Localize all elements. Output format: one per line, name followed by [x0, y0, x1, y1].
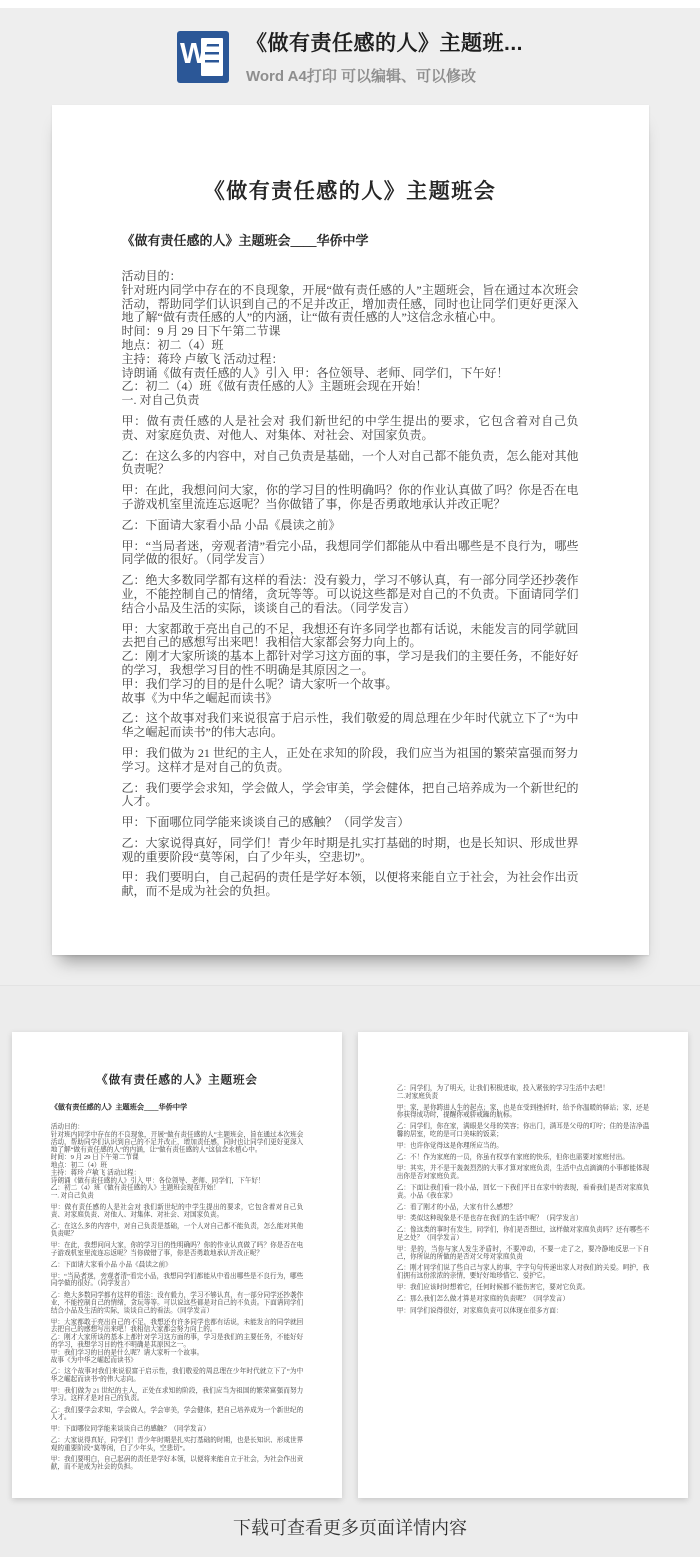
doc-paragraph: 乙：大家说得真好，同学们！青少年时期是扎实打基础的时期，也是长知识、形成世界观的… [122, 837, 579, 865]
thumb-page-1: 《做有责任感的人》主题班会 《做有责任感的人》主题班会____华侨中学 活动目的… [12, 1032, 342, 1498]
doc-paragraph: 针对班内同学中存在的不良现象，开展“做有责任感的人”主题班会，旨在通过本次班会活… [51, 1131, 304, 1154]
doc-paragraph: 甲：我们做为 21 世纪的主人，正处在求知的阶段，我们应当为祖国的繁荣富强而努力… [122, 747, 579, 775]
doc-paragraph: 地点：初二（4）班 [122, 339, 579, 353]
doc-paragraph: 乙：刚才大家所谈的基本上都针对学习这方面的事，学习是我们的主要任务，不能好好的学… [51, 1333, 304, 1348]
doc-paragraph: 乙：下面请大家看小品 小品《晨读之前》 [51, 1261, 304, 1269]
download-hint: 下载可查看更多页面详情内容 [0, 1514, 700, 1540]
doc-paragraph: 主持：蒋玲 卢敏飞 活动过程： [122, 353, 579, 367]
doc-paragraph: 乙：这个故事对我们来说很富于启示性，我们敬爱的周总理在少年时代就立下了“为中华之… [122, 712, 579, 740]
doc-paragraph: 甲：我们做为 21 世纪的主人，正处在求知的阶段，我们应当为祖国的繁荣富强而努力… [51, 1387, 304, 1402]
doc-paragraph: 乙：不！作为家庭的一员，你虽有权享有家庭的快乐，但你也需要对家庭付出。 [397, 1153, 650, 1161]
thumb-page1-subtitle: 《做有责任感的人》主题班会____华侨中学 [51, 1101, 304, 1112]
thumbnail-page-1[interactable]: 《做有责任感的人》主题班会 《做有责任感的人》主题班会____华侨中学 活动目的… [12, 1032, 342, 1498]
header-text: 《做有责任感的人》主题班... Word A4打印 可以编辑、可以修改 [246, 27, 523, 86]
doc-paragraph: 甲：“当局者迷，旁观者清”看完小品，我想同学们都能从中看出哪些是不良行为，哪些同… [51, 1272, 304, 1287]
document-page-1-preview[interactable]: 《做有责任感的人》主题班会 《做有责任感的人》主题班会____华侨中学 活动目的… [52, 105, 649, 955]
doc-paragraph: 乙：下面请大家看小品 小品《晨读之前》 [122, 519, 579, 533]
doc-paragraph: 乙：在这么多的内容中，对自己负责是基础，一个人对自己都不能负责，怎么能对其他负责… [122, 450, 579, 478]
thumb-page-2: 乙：同学们，为了明天，让我们积极进取，投入紧张的学习生活中去吧！二.对家庭负责甲… [358, 1032, 688, 1498]
doc-paragraph: 甲：在此，我想问问大家，你的学习目的性明确吗？你的作业认真做了吗？你是否在电子游… [122, 484, 579, 512]
thumb-page1-body: 活动目的：针对班内同学中存在的不良现象，开展“做有责任感的人”主题班会，旨在通过… [51, 1123, 304, 1471]
doc-paragraph: 甲：做有责任感的人是社会对 我们新世纪的中学生提出的要求，它包含着对自己负责、对… [122, 415, 579, 443]
word-file-icon: W [177, 31, 229, 83]
doc-paragraph: 甲：家，是你跨进人生的起点；家，也是在受到挫折时，给予你温暖的驿站；家，还是你获… [397, 1104, 650, 1119]
doc-paragraph: 乙：像这类的事时有发生，同学们，你们是否想过，这样做对家庭负责吗？还有哪些不足之… [397, 1226, 650, 1241]
document-title: 《做有责任感的人》主题班... [246, 27, 523, 57]
doc-paragraph: 乙：我们要学会求知，学会做人，学会审美，学会健体，把自己培养成为一个新世纪的 人… [51, 1406, 304, 1421]
doc-paragraph: 甲：我们要明白，自己起码的责任是学好本领，以便将来能自立于社会，为社会作出贡献，… [51, 1456, 304, 1471]
doc-paragraph: 一. 对自己负责 [122, 394, 579, 408]
doc-paragraph: 乙：下面让我们看一段小品，回忆一下我们平日在家中的表现，看看我们是否对家庭负责。… [397, 1184, 650, 1199]
doc-paragraph: 故事《为中华之崛起而读书》 [122, 692, 579, 706]
doc-paragraph: 乙：这个故事对我们来说很富于启示性，我们敬爱的周总理在少年时代就立下了“为中华之… [51, 1368, 304, 1383]
doc-paragraph: 针对班内同学中存在的不良现象，开展“做有责任感的人”主题班会，旨在通过本次班会活… [122, 284, 579, 325]
doc-paragraph: 甲：下面哪位同学能来谈谈自己的感触？（同学发言） [122, 816, 579, 830]
doc-paragraph: 甲：我们要明白，自己起码的责任是学好本领，以便将来能自立于社会，为社会作出贡献，… [122, 871, 579, 899]
doc-paragraph: 甲：在此，我想问问大家，你的学习目的性明确吗？你的作业认真做了吗？你是否在电子游… [51, 1242, 304, 1257]
doc-paragraph: 甲：“当局者迷，旁观者清”看完小品，我想同学们都能从中看出哪些是不良行为，哪些同… [122, 540, 579, 568]
doc-paragraph: 活动目的： [122, 270, 579, 284]
thumb-page2-body: 乙：同学们，为了明天，让我们积极进取，投入紧张的学习生活中去吧！二.对家庭负责甲… [397, 1085, 650, 1315]
doc-paragraph: 乙：刚才同学们说了些自己与家人的事，字字句句传递出家人对我们的关爱。呵护，我们拥… [397, 1264, 650, 1279]
doc-paragraph: 乙：我们要学会求知，学会做人，学会审美，学会健体，把自己培养成为一个新世纪的 人… [122, 782, 579, 810]
doc-paragraph: 乙：绝大多数同学都有这样的看法：没有毅力，学习不够认真，有一部分同学还抄袭作业，… [51, 1291, 304, 1314]
doc-paragraph: 乙：看了刚才的小品，大家有什么感想？ [397, 1203, 650, 1211]
doc-paragraph: 甲：大家都敢于亮出自己的不足，我想还有许多同学也都有话说，未能发言的同学就回去把… [51, 1318, 304, 1333]
doc-paragraph: 乙：绝大多数同学都有这样的看法：没有毅力，学习不够认真，有一部分同学还抄袭作业，… [122, 574, 579, 615]
doc-paragraph: 甲：我们学习的目的是什么呢？请大家听一个故事。 [122, 678, 579, 692]
doc-paragraph: 乙：大家说得真好，同学们！青少年时期是扎实打基础的时期，也是长知识、形成世界观的… [51, 1437, 304, 1452]
document-format-info: Word A4打印 可以编辑、可以修改 [246, 65, 523, 86]
header: W 《做有责任感的人》主题班... Word A4打印 可以编辑、可以修改 [0, 8, 700, 105]
thumb-page1-title: 《做有责任感的人》主题班会 [51, 1032, 304, 1087]
doc-paragraph: 甲：其实，并不是干轰轰烈烈的大事才算对家庭负责，生活中点点滴滴的小事都能体现出你… [397, 1165, 650, 1180]
thumbnail-page-2[interactable]: 乙：同学们，为了明天，让我们积极进取，投入紧张的学习生活中去吧！二.对家庭负责甲… [358, 1032, 688, 1498]
more-pages-section: 《做有责任感的人》主题班会 《做有责任感的人》主题班会____华侨中学 活动目的… [0, 985, 700, 1557]
thumbnail-page-2-content: 乙：同学们，为了明天，让我们积极进取，投入紧张的学习生活中去吧！二.对家庭负责甲… [358, 1032, 688, 1498]
doc-paragraph: 故事《为中华之崛起而读书》 [51, 1356, 304, 1364]
doc-paragraph: 甲：大家都敢于亮出自己的不足，我想还有许多同学也都有话说，未能发言的同学就回去把… [122, 623, 579, 651]
top-strip [0, 0, 700, 8]
page1-body: 活动目的：针对班内同学中存在的不良现象，开展“做有责任感的人”主题班会，旨在通过… [122, 270, 579, 899]
doc-paragraph: 一. 对自己负责 [51, 1192, 304, 1200]
page-canvas: W 《做有责任感的人》主题班... Word A4打印 可以编辑、可以修改 《做… [0, 0, 700, 1557]
doc-paragraph: 甲：下面哪位同学能来谈谈自己的感触？（同学发言） [51, 1425, 304, 1433]
doc-paragraph: 时间：9 月 29 日下午第二节课 [122, 325, 579, 339]
doc-paragraph: 甲：也许你觉得这是你理所应当的。 [397, 1142, 650, 1150]
doc-paragraph: 乙：在这么多的内容中，对自己负责是基础，一个人对自己都不能负责，怎么能对其他负责… [51, 1222, 304, 1237]
doc-paragraph: 二.对家庭负责 [397, 1092, 650, 1100]
doc-paragraph: 甲：是的，当你与家人发生矛盾时，不要冲动，不要一走了之，要冷静地反思一下自己，你… [397, 1245, 650, 1260]
page1-subtitle: 《做有责任感的人》主题班会____华侨中学 [122, 230, 579, 249]
document-preview-section: 《做有责任感的人》主题班会 《做有责任感的人》主题班会____华侨中学 活动目的… [0, 105, 700, 955]
thumbnails-row: 《做有责任感的人》主题班会 《做有责任感的人》主题班会____华侨中学 活动目的… [0, 1032, 700, 1498]
doc-paragraph: 乙：那么我们怎么做才算是对家庭的负责呢？（同学发言） [397, 1295, 650, 1303]
doc-paragraph: 甲：我们应该时时想着它，任何时候都不能伤害它，要对它负责。 [397, 1283, 650, 1291]
doc-paragraph: 乙：刚才大家所谈的基本上都针对学习这方面的事，学习是我们的主要任务，不能好好的学… [122, 650, 579, 678]
doc-paragraph: 甲：同学们说得很好，对家庭负责可以体现在很多方面： [397, 1306, 650, 1314]
page1-title: 《做有责任感的人》主题班会 [122, 105, 579, 205]
doc-paragraph: 甲：做有责任感的人是社会对 我们新世纪的中学生提出的要求，它包含着对自己负责、对… [51, 1203, 304, 1218]
thumbnail-page-1-content: 《做有责任感的人》主题班会 《做有责任感的人》主题班会____华侨中学 活动目的… [12, 1032, 342, 1498]
word-icon-letter: W [180, 40, 207, 69]
top-section: W 《做有责任感的人》主题班... Word A4打印 可以编辑、可以修改 《做… [0, 8, 700, 985]
doc-paragraph: 乙：同学们，你在家，满眼是父母的笑容；你出门，满耳是父母的叮咛；住的是洁净温馨的… [397, 1123, 650, 1138]
doc-paragraph: 甲：类似这种现象是不是也存在我们的生活中呢？（同学发言） [397, 1215, 650, 1223]
